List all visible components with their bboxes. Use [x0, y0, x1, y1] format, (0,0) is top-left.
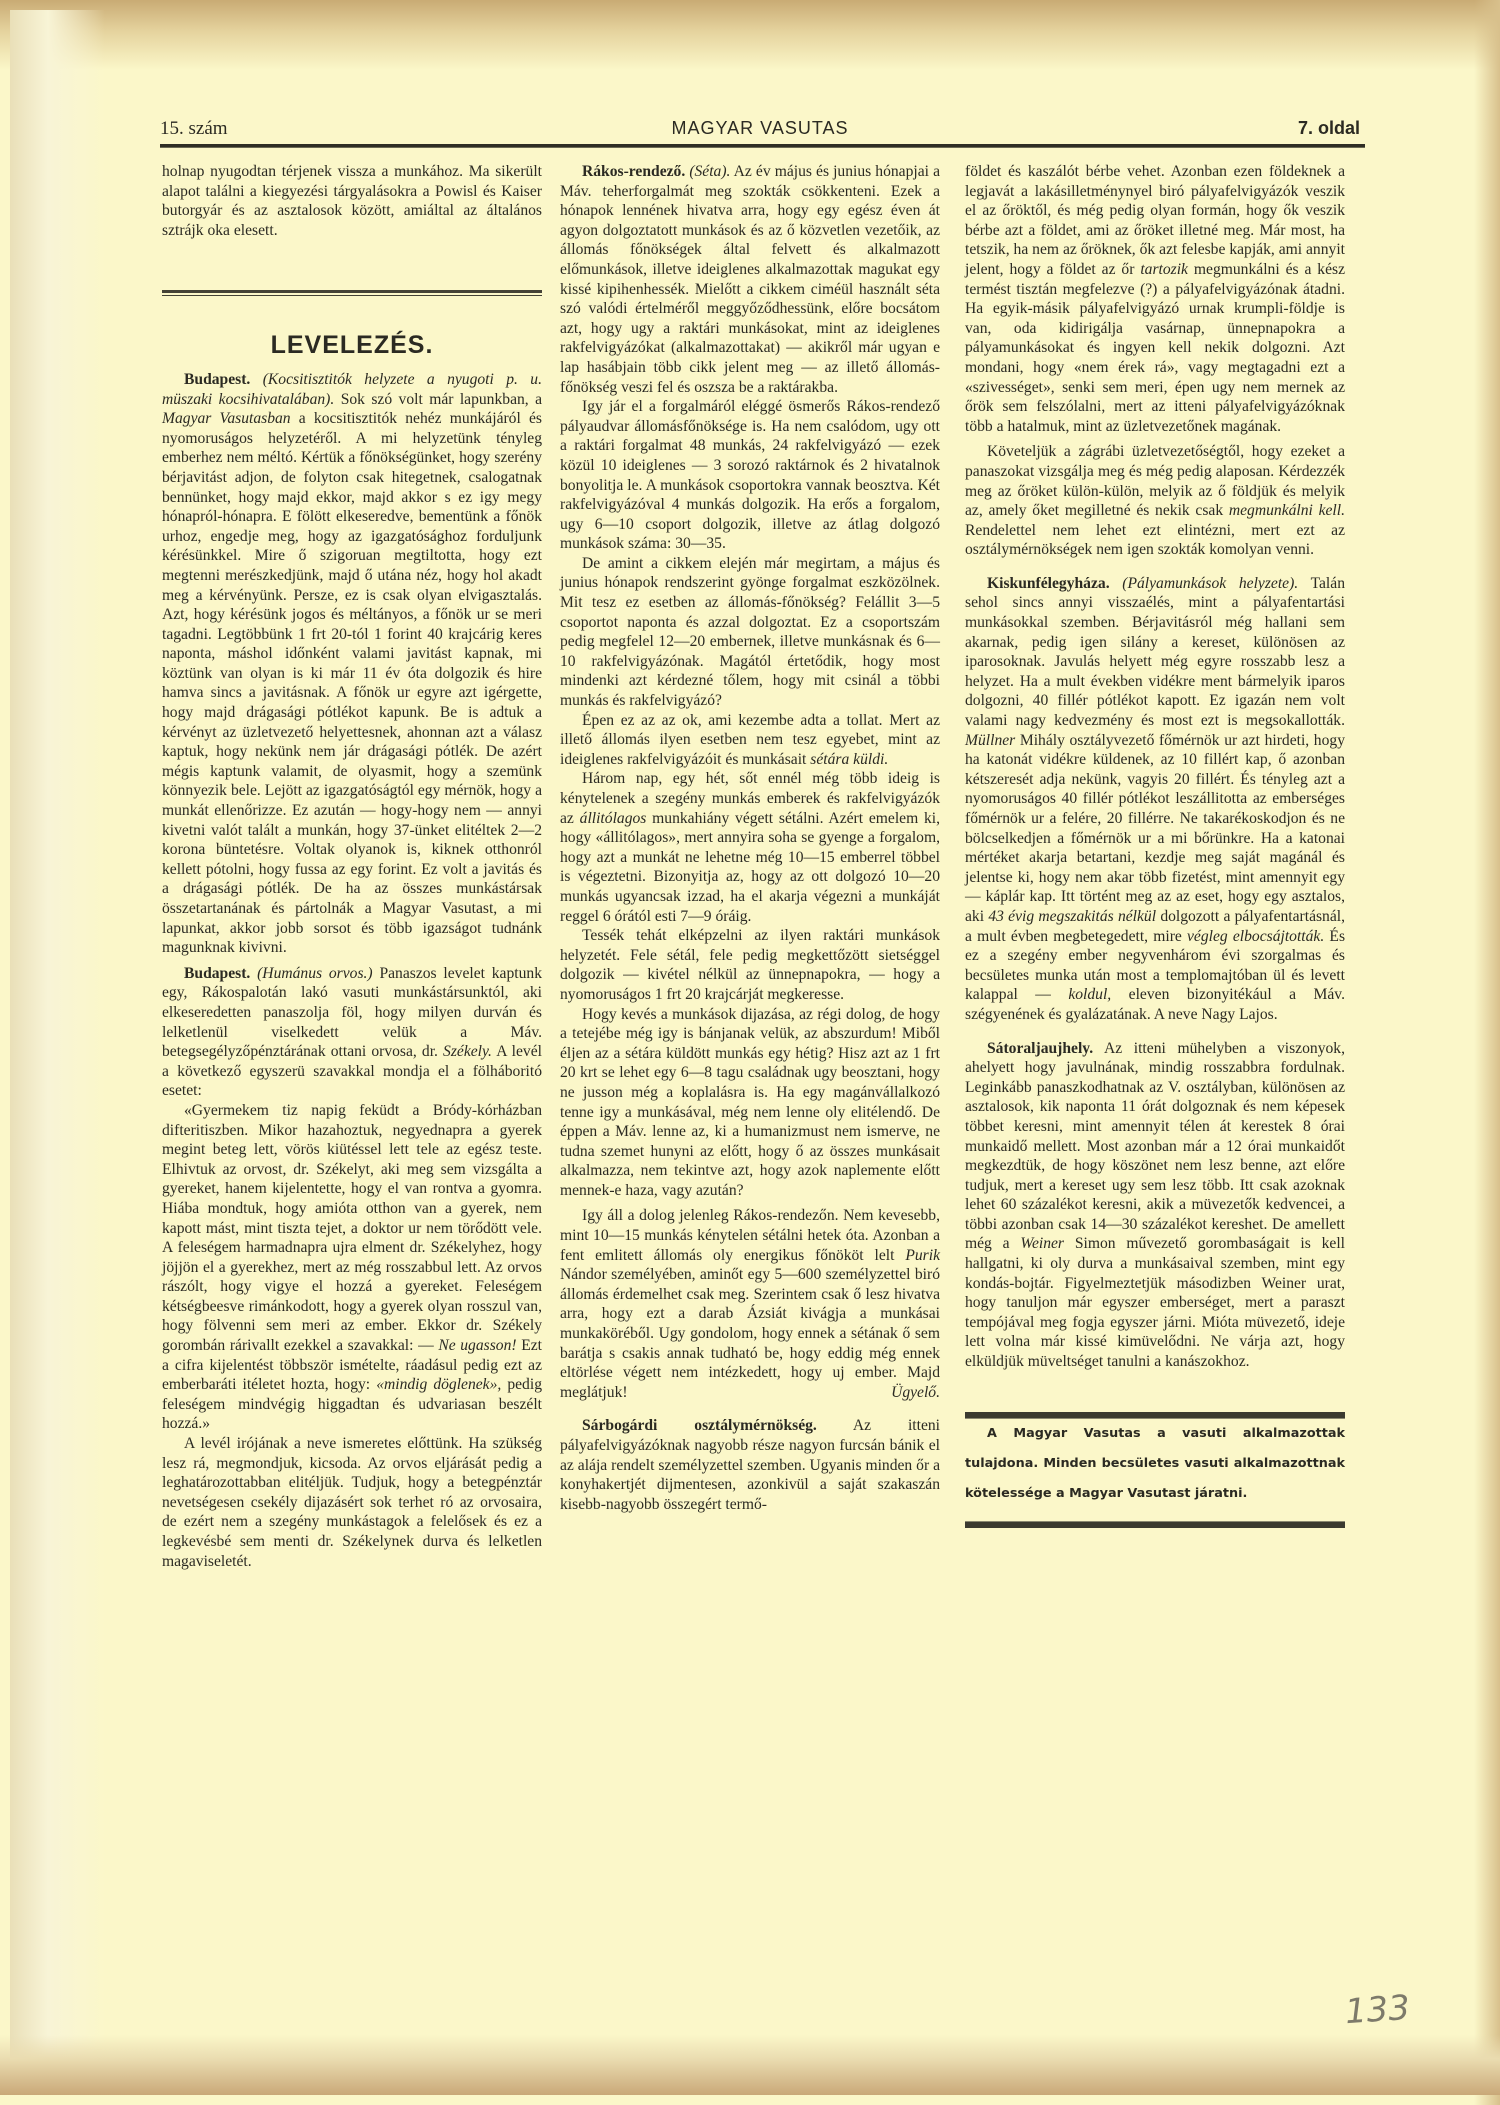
article-paragraph: A levél irójának a neve ismeretes előttü…: [162, 1434, 542, 1571]
article-paragraph: Követeljük a zágrábi üzletvezetőségtől, …: [965, 442, 1345, 560]
article-subtitle: (Pályamunkások helyzete).: [1122, 575, 1298, 592]
article-heading: Sárbogárdi osztálymérnökség.: [582, 1417, 817, 1434]
article-heading: Budapest.: [184, 371, 250, 388]
column-3: földet és kaszálót bérbe vehet. Azonban …: [965, 162, 1345, 1528]
article-rakos-rendezo: Rákos-rendező. (Séta). Az év május és ju…: [560, 162, 940, 397]
article-heading: Budapest.: [184, 965, 250, 982]
article-subtitle: (Humánus orvos.): [257, 965, 373, 982]
article-paragraph: Három nap, egy hét, sőt ennél még több i…: [560, 769, 940, 926]
article-paragraph: Igy áll a dolog jelenleg Rákos-rendezőn.…: [560, 1206, 940, 1402]
section-title: LEVELEZÉS.: [162, 336, 542, 356]
column-1: holnap nyugodtan térjenek vissza a munká…: [162, 162, 542, 1571]
article-signature: Ügyelő.: [869, 1383, 940, 1403]
continued-text: földet és kaszálót bérbe vehet. Azonban …: [965, 162, 1345, 436]
article-budapest-kocsitisztitok: Budapest. (Kocsitisztitók helyzete a nyu…: [162, 370, 542, 958]
paper-edge-left: [10, 10, 105, 2090]
notice-divider-bottom: [965, 1521, 1345, 1528]
continued-text: holnap nyugodtan térjenek vissza a munká…: [162, 162, 542, 240]
header-rule: [160, 144, 1365, 148]
letter-quote: «Gyermekem tiz napig feküdt a Bródy-kórh…: [162, 1101, 542, 1434]
article-paragraph: De amint a cikkem elején már megirtam, a…: [560, 554, 940, 711]
paper-edge-bottom: [0, 2035, 1500, 2095]
article-budapest-humanus-orvos: Budapest. (Humánus orvos.) Panaszos leve…: [162, 964, 542, 1101]
article-paragraph: Tessék tehát elképzelni az ilyen raktári…: [560, 926, 940, 1004]
article-kiskunfelegyhaza: Kiskunfélegyháza. (Pályamunkások helyzet…: [965, 574, 1345, 1025]
article-paragraph: Igy jár el a forgalmáról eléggé ösmerős …: [560, 397, 940, 554]
article-paragraph: Hogy kevés a munkások dijazása, az régi …: [560, 1005, 940, 1201]
handwritten-archive-number: 133: [1344, 1988, 1412, 2032]
article-paragraph: Épen ez az az ok, ami kezembe adta a tol…: [560, 711, 940, 770]
page-number: 7. oldal: [1298, 118, 1360, 139]
page-header: 15. szám MAGYAR VASUTAS 7. oldal: [160, 118, 1360, 140]
column-2: Rákos-rendező. (Séta). Az év május és ju…: [560, 162, 940, 1514]
section-divider: [162, 290, 542, 296]
article-heading: Rákos-rendező.: [582, 163, 685, 180]
paper-edge-right: [1474, 0, 1500, 2105]
subscription-notice: A Magyar Vasutas a vasuti alkalmazottak …: [965, 1419, 1345, 1509]
newspaper-title: MAGYAR VASUTAS: [160, 118, 1360, 139]
article-heading: Sátoraljaujhely.: [987, 1040, 1093, 1057]
article-satoraljaujhely: Sátoraljaujhely. Az itteni mühelyben a v…: [965, 1039, 1345, 1372]
notice-divider-top: [965, 1412, 1345, 1419]
paper-edge-top: [0, 0, 1500, 70]
article-heading: Kiskunfélegyháza.: [987, 575, 1110, 592]
article-subtitle: (Séta).: [689, 163, 730, 180]
article-sarbogard: Sárbogárdi osztálymérnökség. Az itteni p…: [560, 1416, 940, 1514]
